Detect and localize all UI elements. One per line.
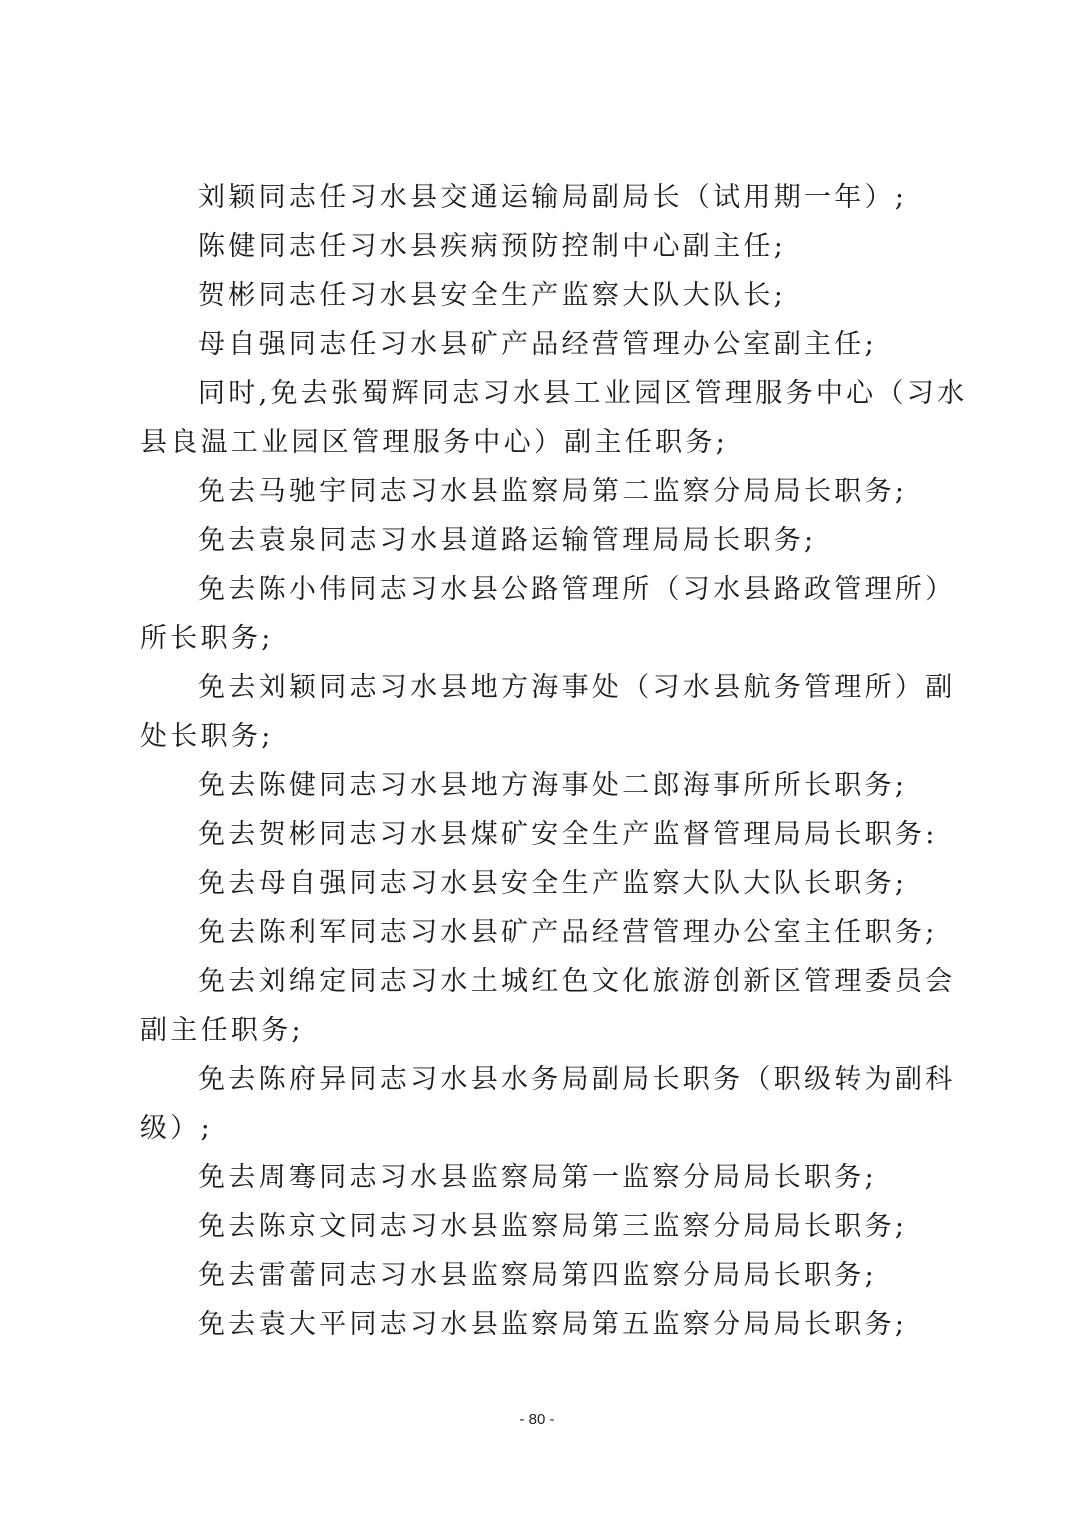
paragraph-line: 免去刘颖同志习水县地方海事处（习水县航务管理所）副: [198, 670, 998, 706]
paragraph-line: 免去袁泉同志习水县道路运输管理局局长职务;: [198, 523, 998, 559]
paragraph-continuation-line: 所长职务;: [140, 621, 940, 657]
paragraph-line: 免去雷蕾同志习水县监察局第四监察分局局长职务;: [198, 1258, 998, 1294]
paragraph-line: 刘颖同志任习水县交通运输局副局长（试用期一年）;: [198, 180, 998, 216]
paragraph-line: 免去母自强同志习水县安全生产监察大队大队长职务;: [198, 866, 998, 902]
paragraph-continuation-line: 处长职务;: [140, 719, 940, 755]
page-number: - 80 -: [0, 1411, 1074, 1428]
paragraph-line: 免去周骞同志习水县监察局第一监察分局局长职务;: [198, 1160, 998, 1196]
paragraph-continuation-line: 级）;: [140, 1111, 940, 1147]
paragraph-line: 同时,免去张蜀辉同志习水县工业园区管理服务中心（习水: [198, 376, 998, 412]
paragraph-line: 免去陈府异同志习水县水务局副局长职务（职级转为副科: [198, 1062, 998, 1098]
paragraph-line: 免去袁大平同志习水县监察局第五监察分局局长职务;: [198, 1307, 998, 1343]
paragraph-line: 免去陈京文同志习水县监察局第三监察分局局长职务;: [198, 1209, 998, 1245]
paragraph-line: 陈健同志任习水县疾病预防控制中心副主任;: [198, 229, 998, 265]
paragraph-line: 母自强同志任习水县矿产品经营管理办公室副主任;: [198, 327, 998, 363]
document-page: 刘颖同志任习水县交通运输局副局长（试用期一年）; 陈健同志任习水县疾病预防控制中…: [0, 0, 1074, 1520]
paragraph-line: 免去陈利军同志习水县矿产品经营管理办公室主任职务;: [198, 915, 998, 951]
paragraph-line: 免去陈健同志习水县地方海事处二郎海事所所长职务;: [198, 768, 998, 804]
paragraph-line: 免去陈小伟同志习水县公路管理所（习水县路政管理所）: [198, 572, 998, 608]
paragraph-line: 免去贺彬同志习水县煤矿安全生产监督管理局局长职务:: [198, 817, 998, 853]
paragraph-continuation-line: 县良温工业园区管理服务中心）副主任职务;: [140, 425, 940, 461]
paragraph-continuation-line: 副主任职务;: [140, 1013, 940, 1049]
paragraph-line: 免去马驰宇同志习水县监察局第二监察分局局长职务;: [198, 474, 998, 510]
paragraph-line: 免去刘绵定同志习水土城红色文化旅游创新区管理委员会: [198, 964, 998, 1000]
paragraph-line: 贺彬同志任习水县安全生产监察大队大队长;: [198, 278, 998, 314]
